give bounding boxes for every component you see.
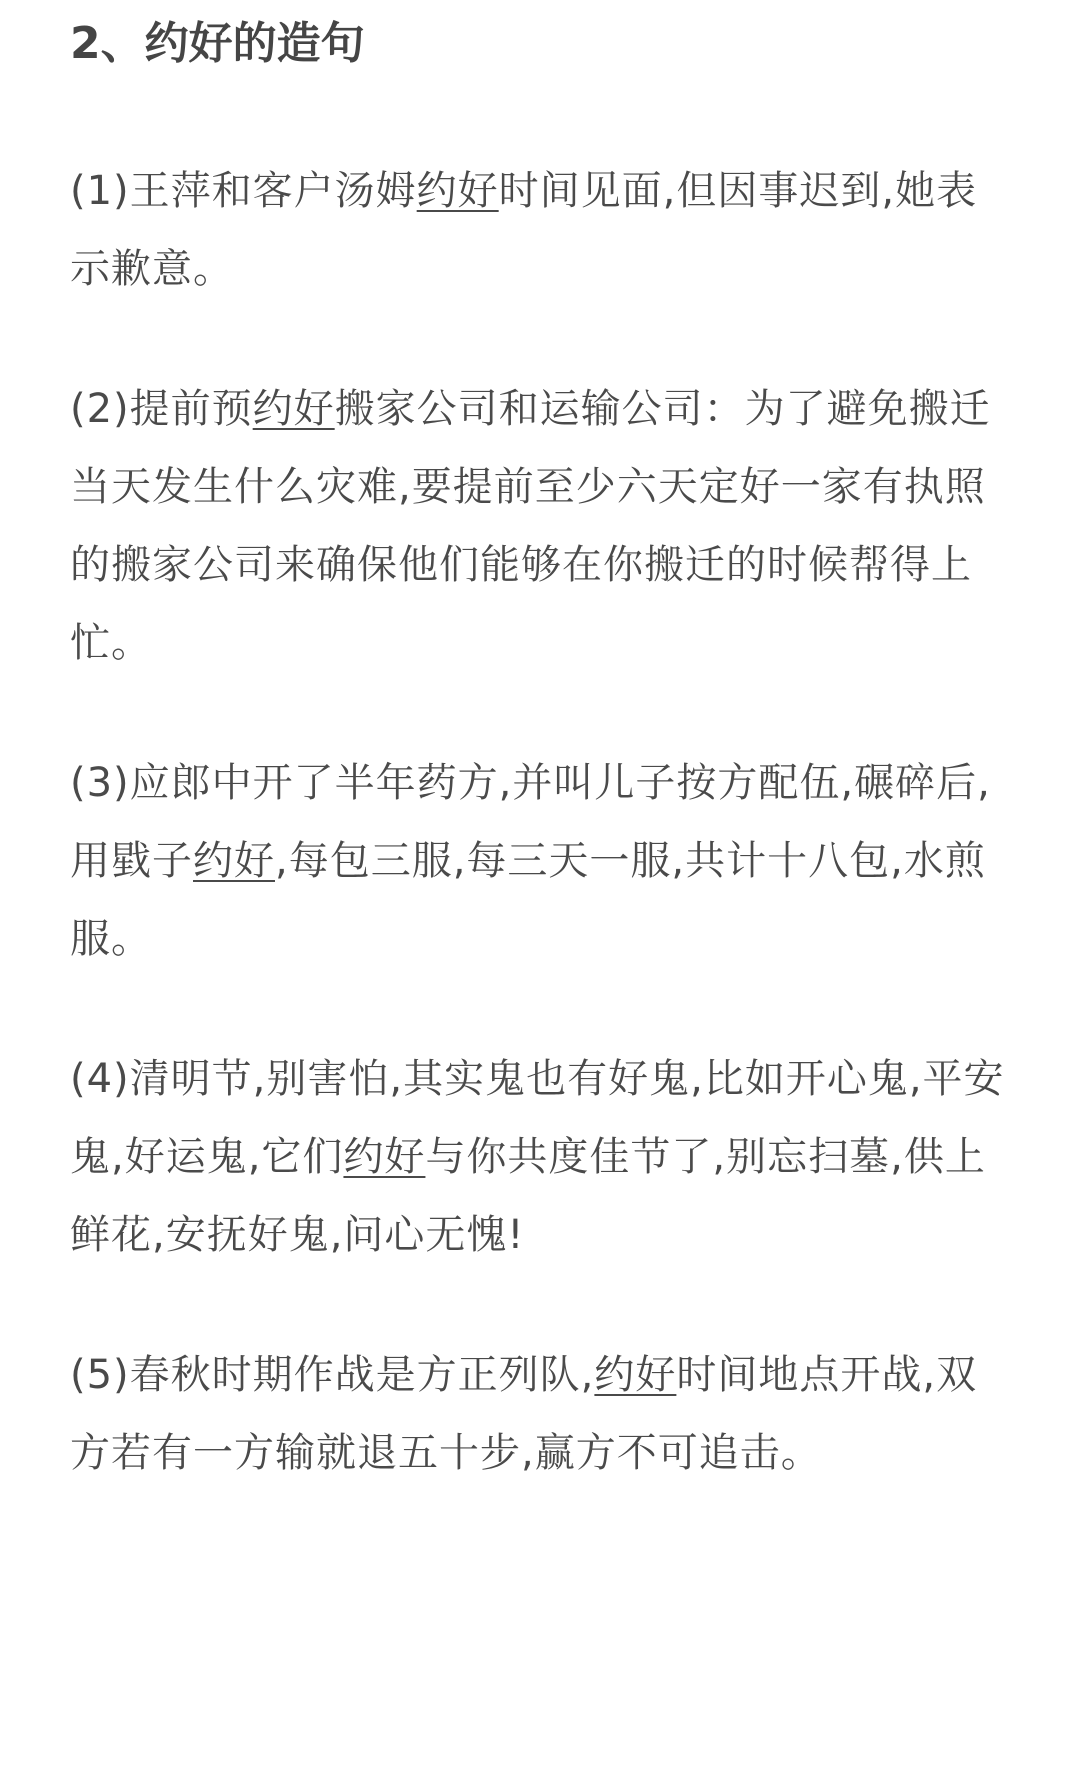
sentence-text: 春秋时期作战是方正列队, [130,1352,595,1398]
sentence-3: (3)应郎中开了半年药方,并叫儿子按方配伍,碾碎后,用戥子约好,每包三服,每三天… [70,744,1006,978]
section-heading: 2、约好的造句 [70,0,1006,82]
sentence-label: (5) [70,1352,130,1398]
keyword-underlined: 约好 [594,1352,676,1398]
keyword-underlined: 约好 [253,386,335,432]
sentence-label: (3) [70,760,130,806]
sentence-1: (1)王萍和客户汤姆约好时间见面,但因事迟到,她表示歉意。 [70,152,1006,308]
sentence-5: (5)春秋时期作战是方正列队,约好时间地点开战,双方若有一方输就退五十步,赢方不… [70,1336,1006,1492]
keyword-underlined: 约好 [193,838,275,884]
sentence-text: 提前预 [130,386,253,432]
sentence-text: 王萍和客户汤姆 [130,168,417,214]
keyword-underlined: 约好 [343,1134,425,1180]
sentence-label: (1) [70,168,130,214]
sentence-label: (4) [70,1056,130,1102]
sentence-label: (2) [70,386,130,432]
sentence-2: (2)提前预约好搬家公司和运输公司：为了避免搬迁当天发生什么灾难,要提前至少六天… [70,370,1006,682]
sentence-4: (4)清明节,别害怕,其实鬼也有好鬼,比如开心鬼,平安鬼,好运鬼,它们约好与你共… [70,1040,1006,1274]
keyword-underlined: 约好 [417,168,499,214]
document: 2、约好的造句 (1)王萍和客户汤姆约好时间见面,但因事迟到,她表示歉意。 (2… [0,0,1076,1492]
